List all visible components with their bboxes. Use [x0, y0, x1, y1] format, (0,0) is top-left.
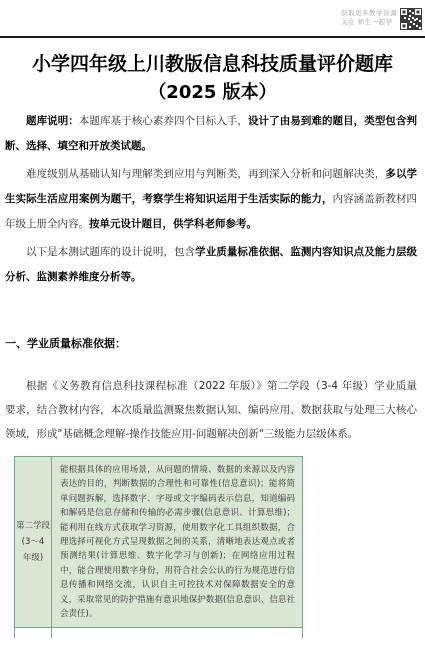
- table-next-row-partial: [14, 628, 303, 638]
- document-title: 小学四年级上川教版信息科技质量评价题库 （2025 版本）: [0, 51, 425, 106]
- promo-line-2: 关注 师生一起学: [341, 18, 397, 27]
- section1-paragraph: 根据《义务教育信息科技课程标准（2022 年版）》第二学段（3-4 年级）学业质…: [5, 374, 417, 446]
- stage-line2: (3～4: [22, 534, 45, 550]
- stage-line3: 年级): [23, 550, 43, 566]
- intro-paragraph-3: 以下是本测试题库的设计说明，包含学业质量标准依据、监测内容知识点及能力层级分析、…: [5, 240, 417, 290]
- promo-text-block: 获取更多教学资源 关注 师生一起学: [341, 9, 397, 27]
- promo-line-1: 获取更多教学资源: [341, 9, 397, 18]
- para3-text1: 以下是本测试题库的设计说明，包含: [26, 246, 195, 258]
- page-header: 获取更多教学资源 关注 师生一起学: [0, 0, 425, 38]
- qr-code-icon: [400, 8, 422, 30]
- quality-standard-table: 第二学段 (3～4 年级) 能根据具体的应用场景，从问题的情境、数据的来源以及内…: [14, 456, 303, 628]
- para1-label: 题库说明：: [26, 115, 79, 127]
- intro-paragraph-2: 难度级别从基础认知与理解类到应用与判断类，再到深入分析和问题解决类，多以学生实际…: [5, 162, 417, 237]
- document-page: 获取更多教学资源 关注 师生一起学 小学四年级上川教版信息科技质量评价题库 （2…: [0, 0, 425, 648]
- stage-line1: 第二学段: [16, 518, 50, 534]
- table-cell-description: 能根据具体的应用场景，从问题的情境、数据的来源以及内容表达的目的，判断数据的合理…: [52, 457, 302, 627]
- section1-heading: 一、学业质量标准依据：: [5, 336, 417, 352]
- para2-bold2: 按单元设计题目，供学科老师参考。: [89, 218, 257, 230]
- intro-paragraph-1: 题库说明：本题库基于核心素养四个目标入手，设计了由易到难的题目，类型包含判断、选…: [5, 109, 417, 159]
- document-body: 题库说明：本题库基于核心素养四个目标入手，设计了由易到难的题目，类型包含判断、选…: [0, 109, 425, 638]
- document-title-line2: （2025 版本）: [0, 80, 425, 106]
- para2-text1: 难度级别从基础认知与理解类到应用与判断类，再到深入分析和问题解决类，: [26, 168, 385, 180]
- table-cell-stage: 第二学段 (3～4 年级): [15, 457, 52, 627]
- para1-text1: 本题库基于核心素养四个目标入手，: [79, 115, 248, 127]
- document-title-line1: 小学四年级上川教版信息科技质量评价题库: [0, 51, 425, 78]
